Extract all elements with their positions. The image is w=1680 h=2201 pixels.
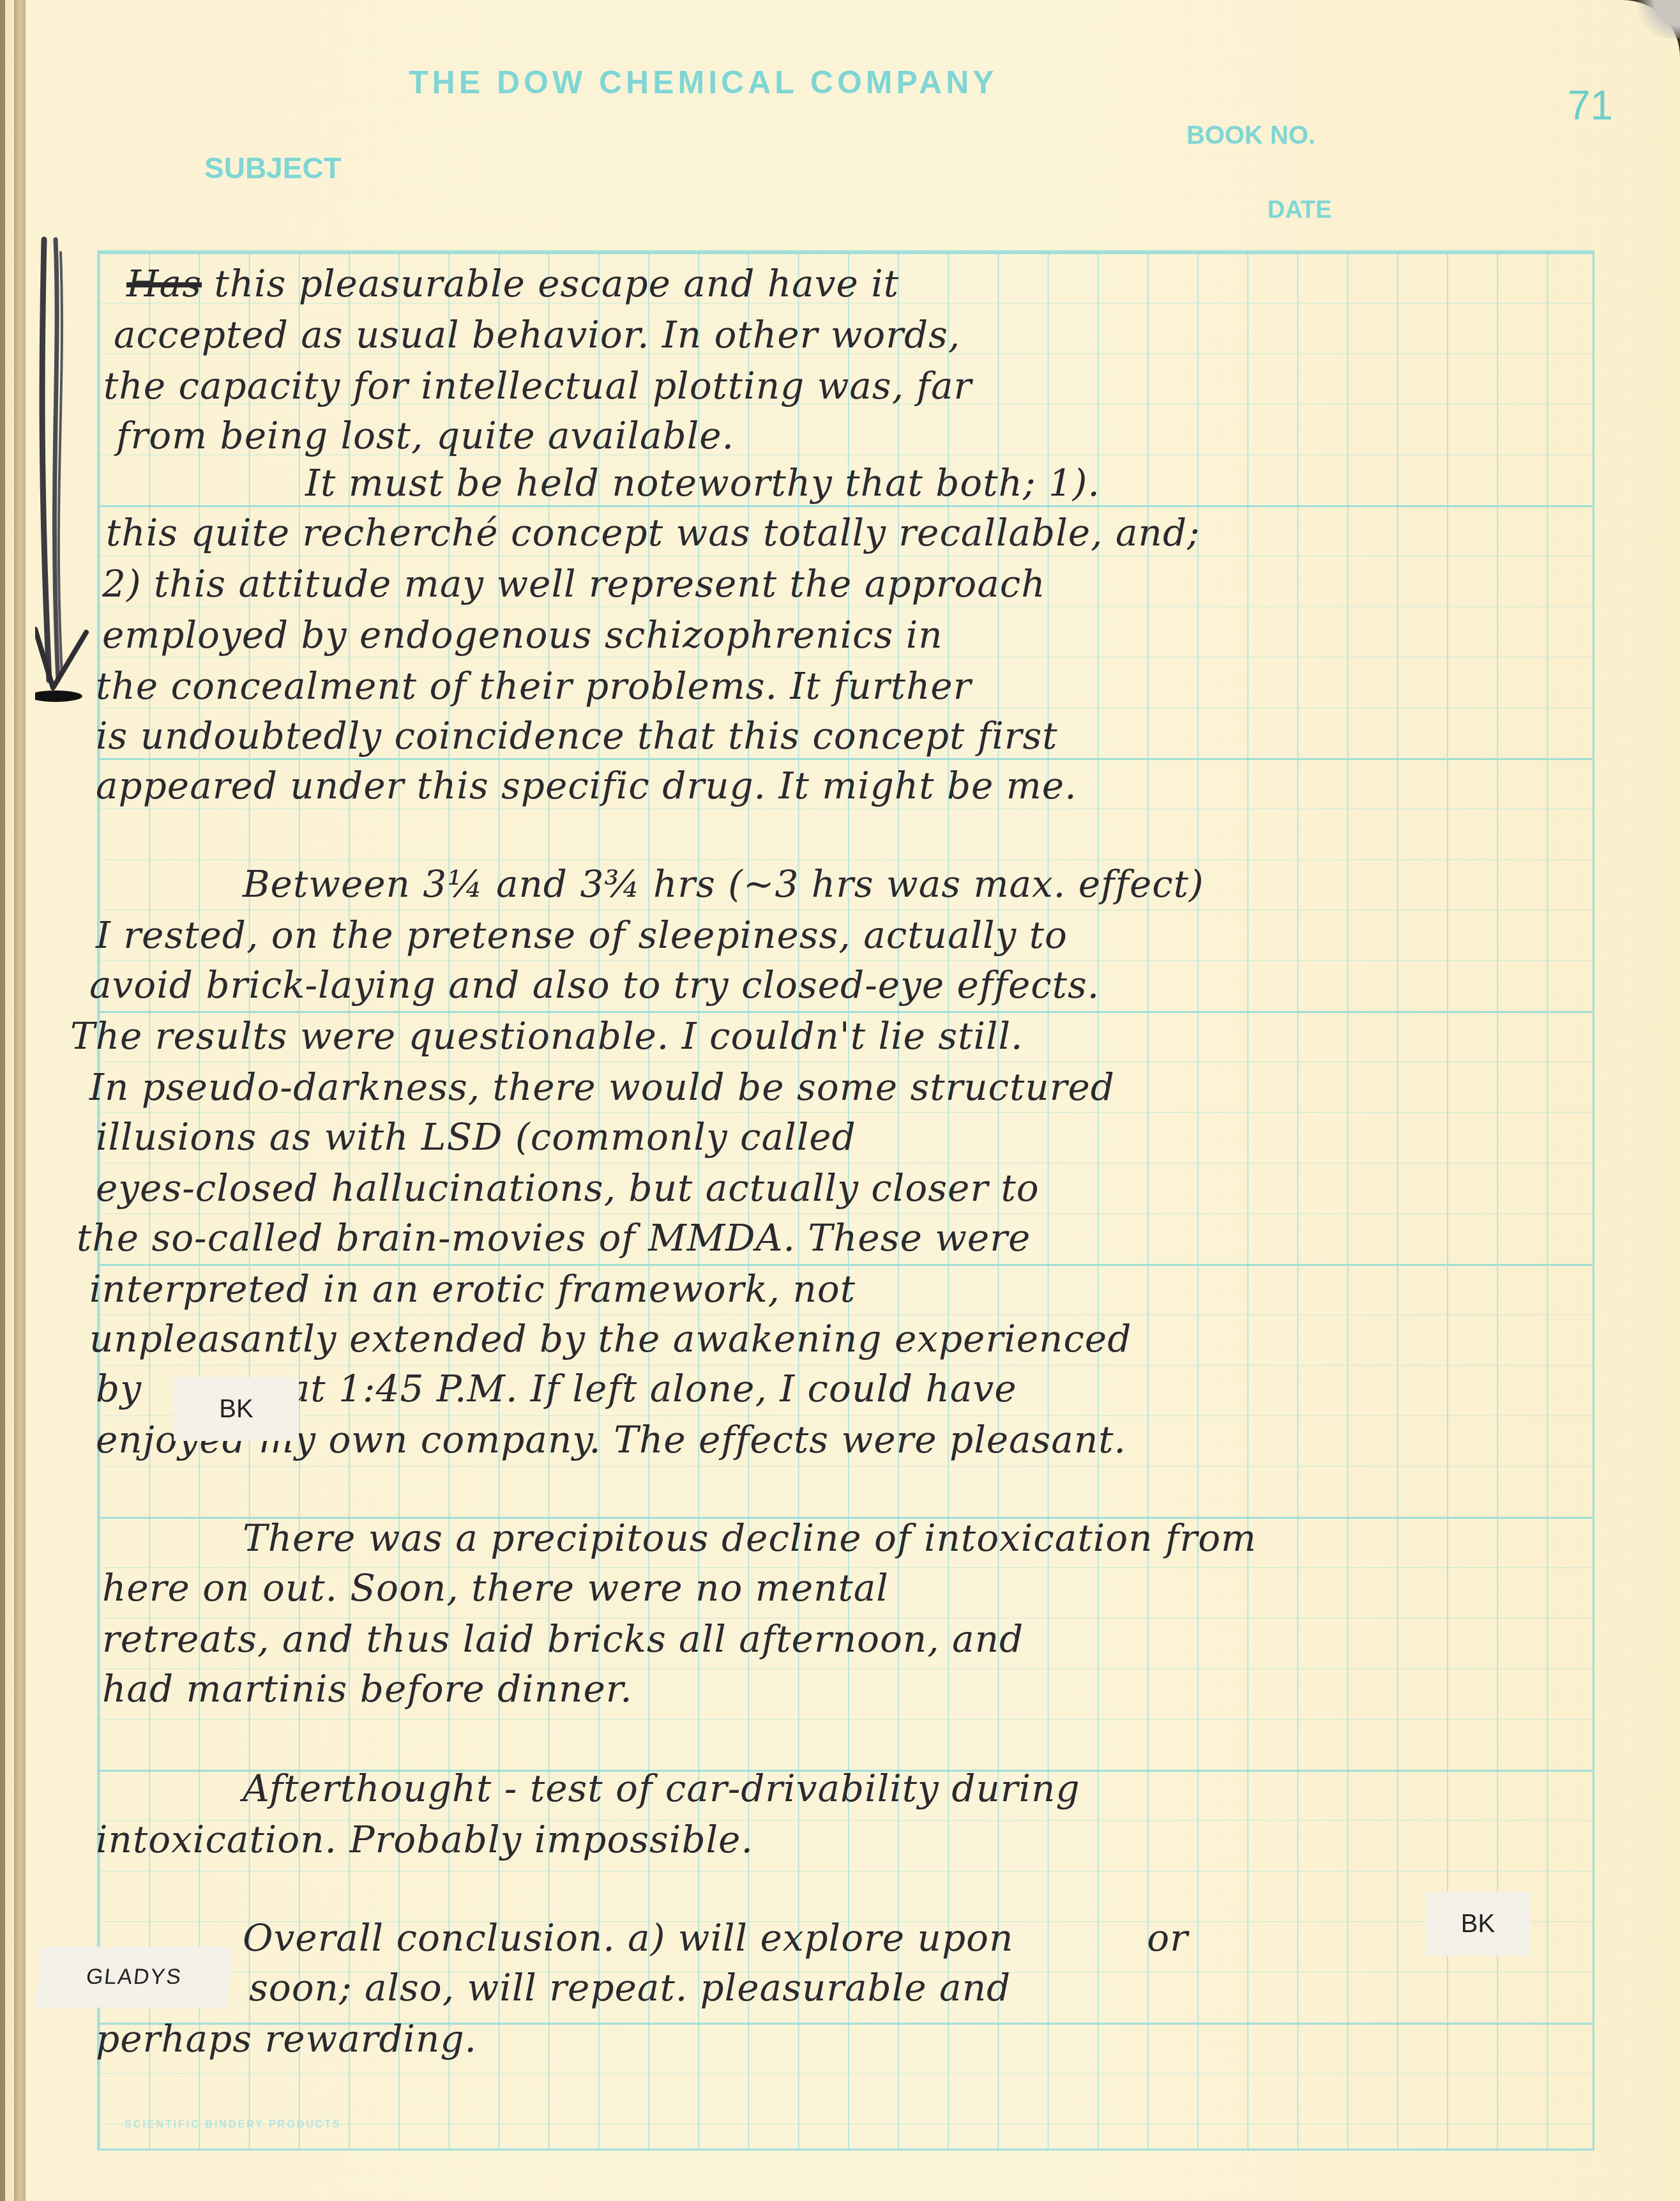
margin-name-label: GLADYS xyxy=(35,1947,233,2007)
handwritten-line: interpreted in an erotic framework, not xyxy=(89,1267,856,1311)
handwritten-line: Between 3¼ and 3¾ hrs (~3 hrs was max. e… xyxy=(243,862,1204,906)
handwritten-line: unpleasantly extended by the awakening e… xyxy=(89,1317,1131,1360)
handwritten-line: illusions as with LSD (commonly called xyxy=(96,1115,856,1159)
handwritten-line: from being lost, quite available. xyxy=(116,414,734,457)
binding-edge xyxy=(0,0,5,2201)
handwritten-line: appeared under this specific drug. It mi… xyxy=(96,764,1077,807)
handwritten-line: intoxication. Probably impossible. xyxy=(96,1818,753,1861)
handwritten-line: Afterthought - test of car-drivability d… xyxy=(243,1767,1080,1810)
handwritten-line: In pseudo-darkness, there would be some … xyxy=(89,1065,1115,1109)
handwritten-line: retreats, and thus laid bricks all after… xyxy=(102,1617,1024,1661)
handwritten-line: employed by endogenous schizophrenics in xyxy=(102,613,943,657)
handwritten-line: Has this pleasurable escape and have it xyxy=(126,262,899,305)
handwritten-line: accepted as usual behavior. In other wor… xyxy=(114,313,960,356)
handwritten-line: I rested, on the pretense of sleepiness,… xyxy=(96,913,1068,957)
handwritten-line: The results were questionable. I couldn'… xyxy=(70,1014,1023,1058)
handwritten-line: this quite recherché concept was totally… xyxy=(106,511,1200,554)
page-number: 71 xyxy=(1568,82,1613,129)
date-label: DATE xyxy=(1268,197,1332,224)
handwritten-line: the capacity for intellectual plotting w… xyxy=(103,364,972,407)
subject-label: SUBJECT xyxy=(204,151,342,185)
handwritten-line: the concealment of their problems. It fu… xyxy=(96,664,971,708)
handwritten-line: eyes-closed hallucinations, but actually… xyxy=(96,1166,1040,1210)
redaction-label: BK xyxy=(174,1377,299,1441)
margin-arrow-icon xyxy=(35,233,93,719)
handwritten-line: It must be held noteworthy that both; 1)… xyxy=(305,461,1100,505)
handwritten-line: had martinis before dinner. xyxy=(102,1667,633,1710)
handwritten-line: avoid brick-laying and also to try close… xyxy=(89,963,1100,1007)
company-header: THE DOW CHEMICAL COMPANY xyxy=(409,64,998,101)
handwritten-line: Overall conclusion. a) will explore upon… xyxy=(243,1916,1188,1960)
handwritten-line: 2) this attitude may well represent the … xyxy=(102,562,1046,605)
handwritten-line: perhaps rewarding. xyxy=(96,2017,477,2060)
page-corner-shadow xyxy=(1603,0,1680,38)
handwritten-line: soon; also, will repeat. pleasurable and xyxy=(249,1966,1011,2009)
book-no-label: BOOK NO. xyxy=(1186,121,1315,150)
notebook-page: THE DOW CHEMICAL COMPANY 71 BOOK NO. SUB… xyxy=(0,0,1680,2201)
handwritten-line: There was a precipitous decline of intox… xyxy=(243,1516,1257,1560)
redaction-label: BK xyxy=(1425,1892,1531,1956)
binding-spine xyxy=(14,0,26,2201)
handwritten-line: the so-called brain-movies of MMDA. Thes… xyxy=(77,1216,1031,1260)
handwritten-line: here on out. Soon, there were no mental xyxy=(102,1566,889,1610)
handwritten-line: is undoubtedly coincidence that this con… xyxy=(96,714,1058,758)
footer-imprint: SCIENTIFIC BINDERY PRODUCTS xyxy=(125,2119,342,2131)
struck-word: Has xyxy=(126,262,202,305)
